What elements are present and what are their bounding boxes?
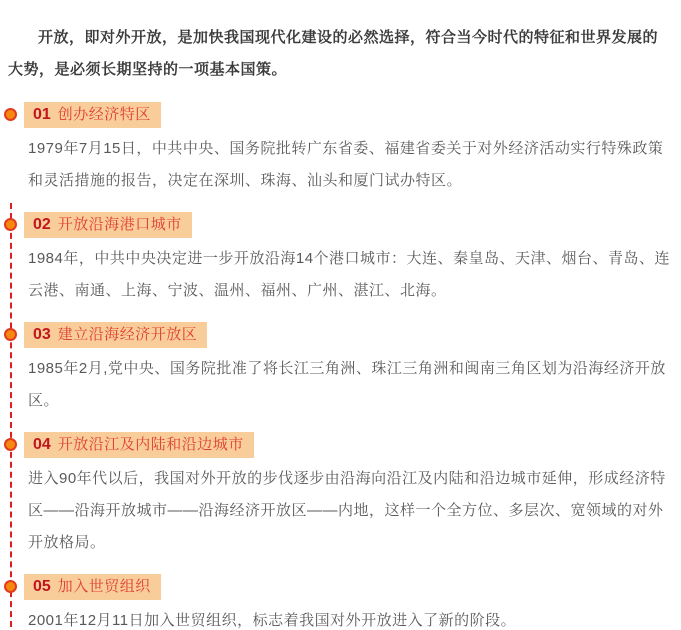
timeline-item-3: 03建立沿海经济开放区 1985年2月,党中央、国务院批准了将长江三角洲、珠江三… xyxy=(0,322,681,417)
item-body: 1985年2月,党中央、国务院批准了将长江三角洲、珠江三角洲和闽南三角区划为沿海… xyxy=(28,353,671,417)
item-number: 05 xyxy=(33,578,51,595)
item-body: 进入90年代以后，我国对外开放的步伐逐步由沿海向沿江及内陆和沿边城市延伸，形成经… xyxy=(28,463,671,559)
item-number: 01 xyxy=(33,106,51,123)
timeline: 01创办经济特区 1979年7月15日，中共中央、国务院批转广东省委、福建省委关… xyxy=(0,102,681,630)
timeline-item-2: 02开放沿海港口城市 1984年，中共中央决定进一步开放沿海14个港口城市：大连… xyxy=(0,212,681,307)
item-badge: 01创办经济特区 xyxy=(24,102,161,128)
timeline-dot-icon xyxy=(4,108,17,121)
item-badge: 02开放沿海港口城市 xyxy=(24,212,192,238)
item-body: 1984年，中共中央决定进一步开放沿海14个港口城市：大连、秦皇岛、天津、烟台、… xyxy=(28,243,671,307)
item-title: 创办经济特区 xyxy=(58,106,151,123)
item-number: 04 xyxy=(33,436,51,453)
timeline-dot-icon xyxy=(4,580,17,593)
item-number: 02 xyxy=(33,216,51,233)
intro-paragraph: 开放，即对外开放，是加快我国现代化建设的必然选择，符合当今时代的特征和世界发展的… xyxy=(0,15,681,86)
item-body: 1979年7月15日，中共中央、国务院批转广东省委、福建省委关于对外经济活动实行… xyxy=(28,133,671,197)
timeline-dot-icon xyxy=(4,328,17,341)
item-body: 2001年12月11日加入世贸组织，标志着我国对外开放进入了新的阶段。 xyxy=(28,605,671,630)
timeline-item-4: 04开放沿江及内陆和沿边城市 进入90年代以后，我国对外开放的步伐逐步由沿海向沿… xyxy=(0,432,681,559)
item-number: 03 xyxy=(33,326,51,343)
timeline-dot-icon xyxy=(4,438,17,451)
item-title: 开放沿江及内陆和沿边城市 xyxy=(58,436,244,453)
item-title: 建立沿海经济开放区 xyxy=(58,326,198,343)
timeline-dot-icon xyxy=(4,218,17,231)
timeline-item-1: 01创办经济特区 1979年7月15日，中共中央、国务院批转广东省委、福建省委关… xyxy=(0,102,681,197)
item-badge: 05加入世贸组织 xyxy=(24,574,161,600)
article-page: 开放，即对外开放，是加快我国现代化建设的必然选择，符合当今时代的特征和世界发展的… xyxy=(0,0,681,630)
item-badge: 03建立沿海经济开放区 xyxy=(24,322,207,348)
item-title: 加入世贸组织 xyxy=(58,578,151,595)
item-title: 开放沿海港口城市 xyxy=(58,216,182,233)
timeline-item-5: 05加入世贸组织 2001年12月11日加入世贸组织，标志着我国对外开放进入了新… xyxy=(0,574,681,630)
item-badge: 04开放沿江及内陆和沿边城市 xyxy=(24,432,254,458)
